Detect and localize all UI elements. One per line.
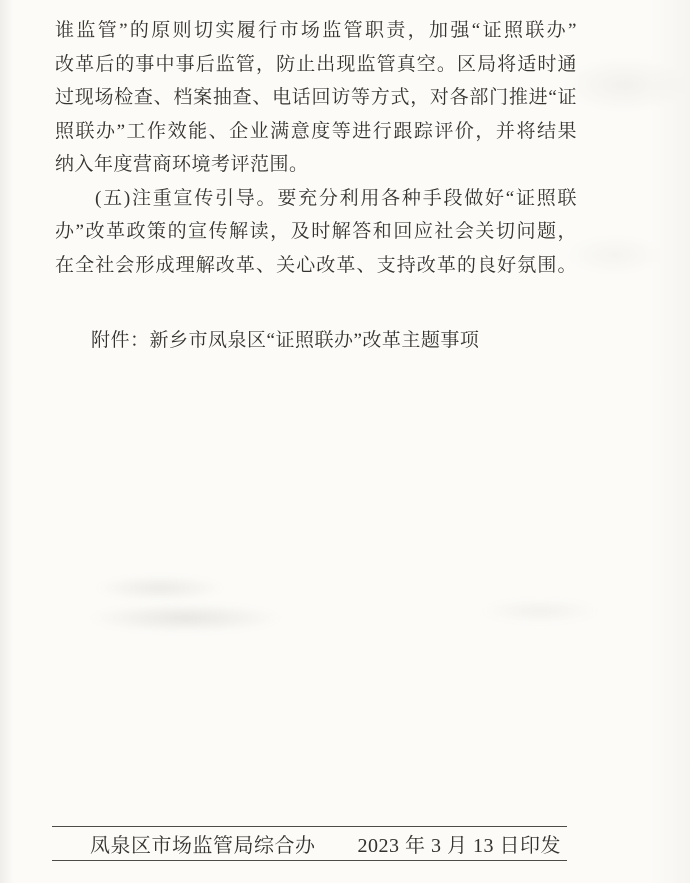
body-line: 谁监管”的原则切实履行市场监管职责，加强“证照联办” xyxy=(55,14,577,48)
body-line-section-five: (五)注重宣传引导。要充分利用各种手段做好“证照联 xyxy=(55,182,577,216)
attachment-line: 附件：新乡市凤泉区“证照联办”改革主题事项 xyxy=(55,324,577,358)
scan-smudge xyxy=(95,575,225,601)
document-body: 谁监管”的原则切实履行市场监管职责，加强“证照联办” 改革后的事中事后监管，防止… xyxy=(55,14,577,358)
scan-smudge xyxy=(88,603,283,633)
footer-issuer: 凤泉区市场监管局综合办 xyxy=(90,829,316,858)
attachment-title: 新乡市凤泉区“证照联办”改革主题事项 xyxy=(150,330,480,351)
body-line: 办”改革政策的宣传解读，及时解答和回应社会关切问题， xyxy=(55,215,577,249)
body-line: 照联办”工作效能、企业满意度等进行跟踪评价，并将结果 xyxy=(55,115,577,149)
scan-smudge xyxy=(480,598,600,624)
footer-print-date: 2023 年 3 月 13 日印发 xyxy=(358,829,562,858)
body-line: 改革后的事中事后监管，防止出现监管真空。区局将适时通 xyxy=(55,48,577,82)
attachment-label: 附件： xyxy=(91,330,150,351)
body-line: 纳入年度营商环境考评范围。 xyxy=(55,148,577,182)
document-page: 谁监管”的原则切实履行市场监管职责，加强“证照联办” 改革后的事中事后监管，防止… xyxy=(0,0,690,883)
colophon-footer: 凤泉区市场监管局综合办 2023 年 3 月 13 日印发 xyxy=(52,826,567,861)
body-line: 过现场检查、档案抽查、电话回访等方式，对各部门推进“证 xyxy=(55,81,577,115)
body-line: 在全社会形成理解改革、关心改革、支持改革的良好氛围。 xyxy=(55,249,577,283)
